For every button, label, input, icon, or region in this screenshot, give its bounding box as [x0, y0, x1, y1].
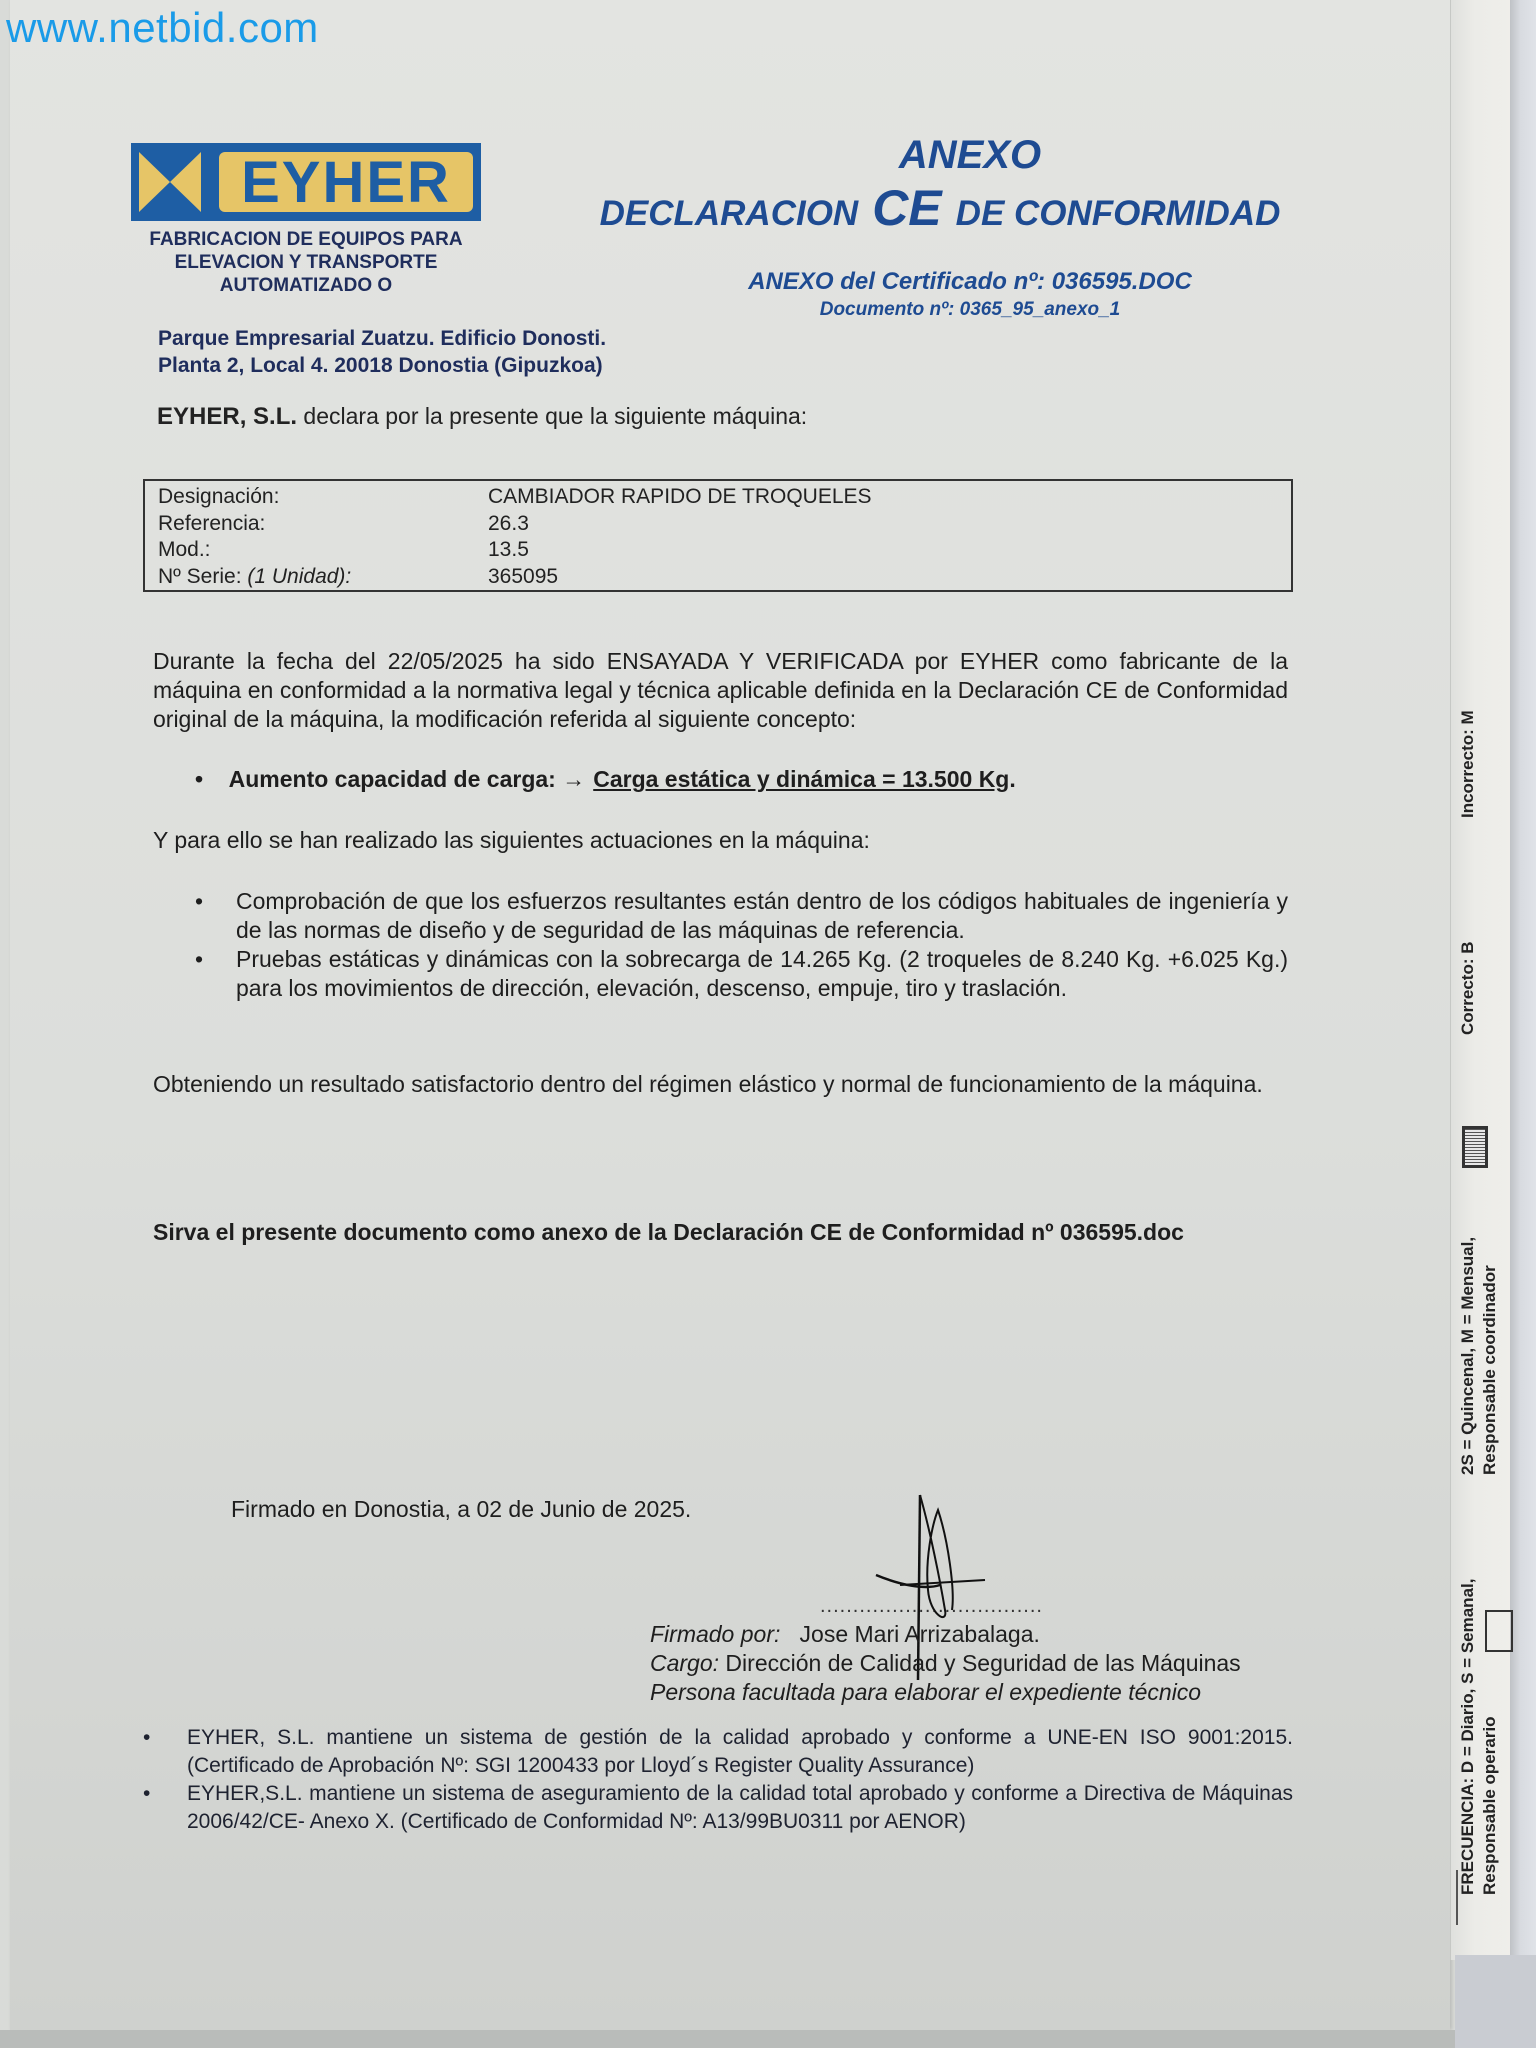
paragraph-result: Obteniendo un resultado satisfactorio de… — [153, 1070, 1288, 1099]
machine-label: Designación: — [158, 484, 488, 511]
watermark-link[interactable]: www.netbid.com — [6, 4, 319, 52]
certification-text: EYHER,S.L. mantiene un sistema de asegur… — [187, 1780, 1293, 1836]
paragraph-actions-intro: Y para ello se han realizado las siguien… — [153, 826, 1288, 855]
tagline-line: ELEVACION Y TRANSPORTE — [120, 251, 492, 274]
quality-certifications: • EYHER, S.L. mantiene un sistema de ges… — [143, 1724, 1293, 1836]
machine-label: Nº Serie: (1 Unidad): — [158, 564, 488, 591]
side-divider — [1456, 1870, 1458, 1925]
side-frequency-label: FRECUENCIA: D = Diario, S = Semanal, — [1458, 1579, 1478, 1895]
bullet-icon: • — [195, 945, 236, 1003]
document-number: Documento nº: 0365_95_anexo_1 — [600, 298, 1340, 322]
page-bottom-edge — [0, 2030, 1460, 2048]
machine-row: Mod.: 13.5 — [158, 537, 1278, 564]
title-ce: CE — [872, 180, 941, 236]
declaration-text: declara por la presente que la siguiente… — [297, 403, 807, 429]
certificate-number: ANEXO del Certificado nº: 036595.DOC — [600, 266, 1340, 298]
concept-end: . — [1009, 766, 1015, 792]
action-text: Pruebas estáticas y dinámicas con la sob… — [236, 945, 1288, 1003]
side-responsable-operario: Responsable operario — [1480, 1716, 1500, 1895]
bullet-icon: • — [195, 766, 203, 792]
side-responsable-coordinador: Responsable coordinador — [1480, 1265, 1500, 1475]
signed-by-line: Firmado por: Jose Mari Arrizabalaga. — [650, 1620, 1241, 1649]
company-address: Parque Empresarial Zuatzu. Edificio Dono… — [158, 325, 606, 379]
company-name: EYHER, S.L. — [157, 403, 297, 430]
list-item: • Pruebas estáticas y dinámicas con la s… — [195, 945, 1288, 1003]
title-decl-post: DE CONFORMIDAD — [956, 194, 1281, 233]
bullet-icon: • — [143, 1724, 187, 1780]
bowtie-logo-icon — [139, 152, 201, 212]
paragraph-annex-statement: Sirva el presente documento como anexo d… — [153, 1218, 1288, 1247]
paragraph-test-date: Durante la fecha del 22/05/2025 ha sido … — [153, 647, 1288, 734]
side-checkbox-filled[interactable] — [1462, 1126, 1488, 1168]
machine-row: Nº Serie: (1 Unidad): 365095 — [158, 564, 1278, 591]
machine-value: 13.5 — [488, 537, 529, 564]
role-note: Persona facultada para elaborar el exped… — [650, 1678, 1241, 1707]
side-checkbox-empty[interactable] — [1485, 1610, 1513, 1652]
machine-row: Referencia: 26.3 — [158, 511, 1278, 538]
certification-text: EYHER, S.L. mantiene un sistema de gesti… — [187, 1724, 1293, 1780]
side-label-correcto: Correcto: B — [1458, 941, 1478, 1035]
action-text: Comprobación de que los esfuerzos result… — [236, 887, 1288, 945]
address-line: Planta 2, Local 4. 20018 Donostia (Gipuz… — [158, 352, 606, 379]
certificate-reference: ANEXO del Certificado nº: 036595.DOC Doc… — [600, 266, 1340, 322]
eyher-logo: EYHER — [131, 143, 481, 221]
title-declaracion: DECLARACIONCEDE CONFORMIDAD — [560, 180, 1320, 242]
list-item: • EYHER,S.L. mantiene un sistema de aseg… — [143, 1780, 1293, 1836]
concept-value: Carga estática y dinámica = 13.500 Kg — [593, 766, 1009, 792]
machine-label: Mod.: — [158, 537, 488, 564]
background-edge — [1510, 0, 1536, 2048]
machine-value: CAMBIADOR RAPIDO DE TROQUELES — [488, 484, 872, 511]
side-label-incorrecto: Incorrecto: M — [1458, 710, 1478, 818]
title-anexo: ANEXO — [620, 130, 1320, 180]
machine-value: 365095 — [488, 564, 558, 591]
cargo-line: Cargo: Dirección de Calidad y Seguridad … — [650, 1649, 1241, 1678]
document-title: ANEXO DECLARACIONCEDE CONFORMIDAD — [560, 130, 1320, 242]
concept-label: Aumento capacidad de carga: → — [229, 766, 586, 792]
bullet-icon: • — [195, 887, 236, 945]
logo-tagline: FABRICACION DE EQUIPOS PARA ELEVACION Y … — [120, 228, 492, 297]
machine-row: Designación: CAMBIADOR RAPIDO DE TROQUEL… — [158, 484, 1278, 511]
list-item: • Comprobación de que los esfuerzos resu… — [195, 887, 1288, 945]
modification-concept: • Aumento capacidad de carga: →Carga est… — [195, 766, 1016, 793]
actions-list: • Comprobación de que los esfuerzos resu… — [195, 887, 1288, 1003]
list-item: • EYHER, S.L. mantiene un sistema de ges… — [143, 1724, 1293, 1780]
address-line: Parque Empresarial Zuatzu. Edificio Dono… — [158, 325, 606, 352]
title-decl-pre: DECLARACION — [600, 194, 859, 233]
tagline-line: AUTOMATIZADO O — [120, 274, 492, 297]
signatory-details: Firmado por: Jose Mari Arrizabalaga. Car… — [650, 1620, 1241, 1707]
declaration-intro: EYHER, S.L. declara por la presente que … — [157, 403, 807, 431]
machine-label: Referencia: — [158, 511, 488, 538]
bullet-icon: • — [143, 1780, 187, 1836]
signing-place-date: Firmado en Donostia, a 02 de Junio de 20… — [231, 1496, 691, 1523]
side-frequency-mid: 2S = Quincenal, M = Mensual, — [1458, 1237, 1478, 1475]
machine-details-box: Designación: CAMBIADOR RAPIDO DE TROQUEL… — [143, 479, 1293, 592]
tagline-line: FABRICACION DE EQUIPOS PARA — [120, 228, 492, 251]
logo-brand-text: EYHER — [219, 152, 473, 212]
background-corner — [1455, 1955, 1536, 2048]
machine-value: 26.3 — [488, 511, 529, 538]
